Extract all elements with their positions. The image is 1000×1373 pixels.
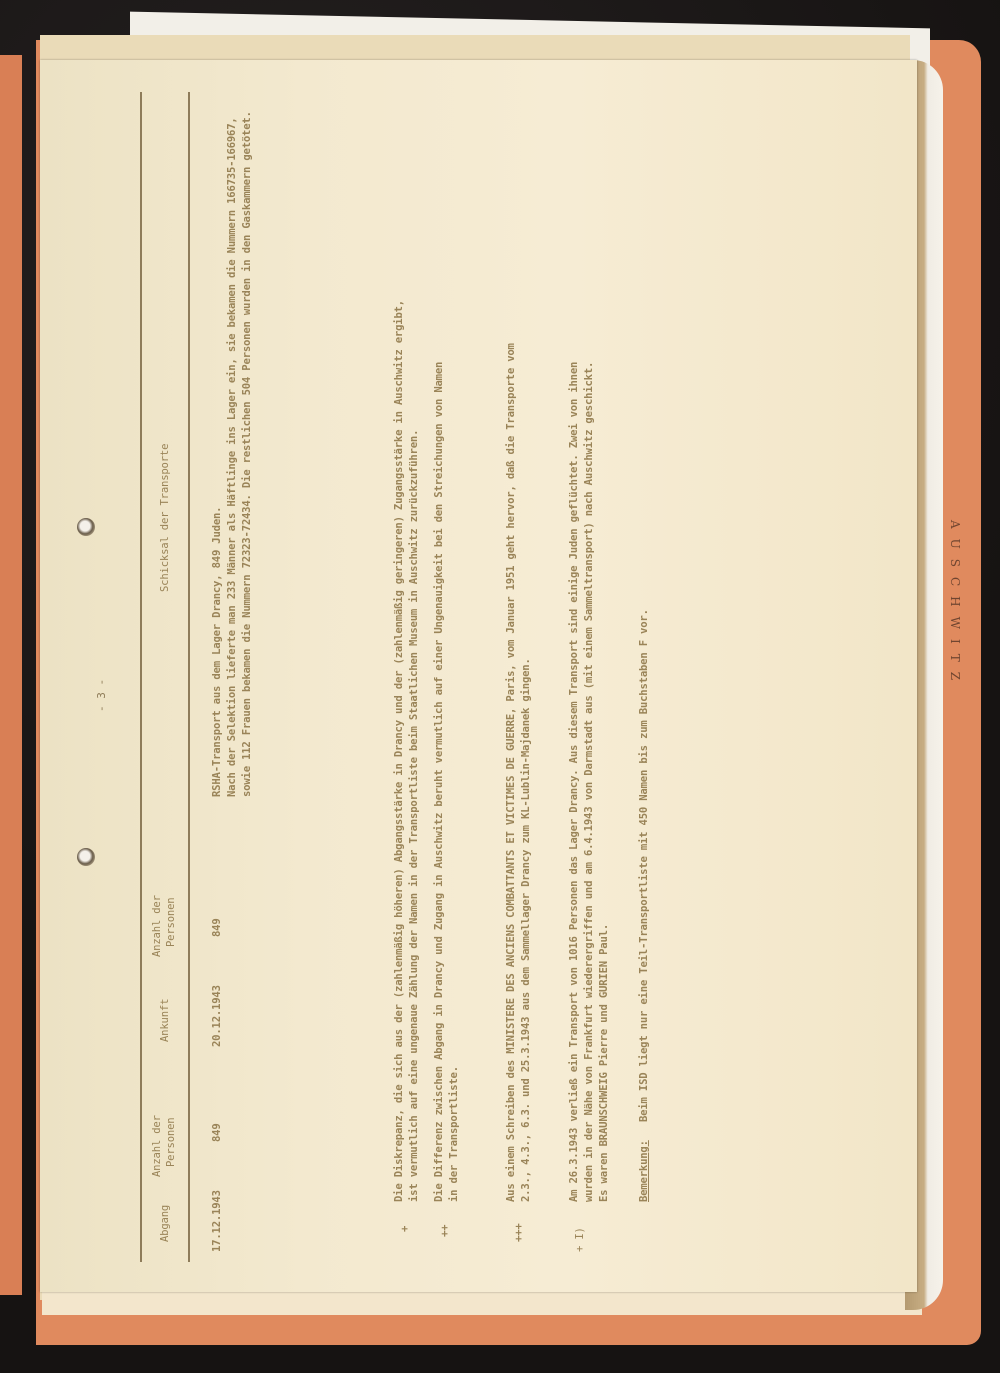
header-schicksal: Schicksal der Transporte bbox=[158, 444, 172, 592]
cell-ankunft: 20.12.1943 bbox=[210, 985, 224, 1047]
footnote-line: ist vermutlich auf eine ungenaue Zählung… bbox=[407, 430, 421, 1202]
cell-abgang: 17.12.1943 bbox=[210, 1190, 224, 1252]
footnote-marker: + I) bbox=[573, 1227, 587, 1252]
footnote-line: Aus einem Schreiben des MINISTERE DES AN… bbox=[504, 343, 518, 1202]
cell-schicksal-line: sowie 112 Frauen bekamen die Nummern 723… bbox=[240, 111, 254, 797]
footnote-marker: +++ bbox=[512, 1223, 526, 1242]
header-abgang: Abgang bbox=[158, 1205, 172, 1242]
footnote-line: 2.3., 4.3., 6.3. und 25.3.1943 aus dem S… bbox=[519, 658, 533, 1202]
table-top-rule bbox=[140, 92, 142, 1262]
footnote-line: Es waren BRAUNSCHWEIG Pierre und GURIEN … bbox=[597, 924, 611, 1202]
header-ankunft: Ankunft bbox=[158, 999, 172, 1042]
table-header-rule bbox=[188, 92, 190, 1262]
document-page: - 3 - Abgang Anzahl der Personen Ankunft… bbox=[40, 60, 917, 1292]
remark-text: Beim ISD liegt nur eine Teil-Transportli… bbox=[637, 609, 651, 1122]
footnote-line: Die Diskrepanz, die sich aus der (zahlen… bbox=[392, 300, 406, 1202]
header-anzahl-abgang-2: Personen bbox=[164, 1118, 178, 1167]
folder-tab-label: AUSCHWITZ bbox=[942, 520, 962, 720]
footnote-line: wurden in der Nähe von Frankfurt wiedere… bbox=[582, 362, 596, 1202]
footnote-line: Am 26.3.1943 verließ ein Transport von 1… bbox=[567, 362, 581, 1202]
remark-label: Bemerkung: bbox=[637, 1140, 651, 1202]
cell-anzahl-abgang: 849 bbox=[210, 1123, 224, 1142]
header-anzahl-abgang-1: Anzahl der bbox=[150, 1115, 164, 1177]
cell-schicksal-line: RSHA-Transport aus dem Lager Drancy, 849… bbox=[210, 507, 224, 797]
footnote-marker: + bbox=[398, 1226, 412, 1232]
footnote-line: in der Transportliste. bbox=[447, 1066, 461, 1202]
cell-schicksal-line: Nach der Selektion lieferte man 233 Männ… bbox=[225, 117, 239, 797]
rotated-content: - 3 - Abgang Anzahl der Personen Ankunft… bbox=[40, 60, 917, 1292]
header-anzahl-ankunft-2: Personen bbox=[164, 898, 178, 947]
page-number: - 3 - bbox=[95, 679, 108, 712]
folder-left-edge bbox=[0, 55, 22, 1295]
footnote-line: Die Differenz zwischen Abgang in Drancy … bbox=[432, 362, 446, 1202]
cell-anzahl-ankunft: 849 bbox=[210, 918, 224, 937]
header-anzahl-ankunft-1: Anzahl der bbox=[150, 895, 164, 957]
footnote-marker: ++ bbox=[438, 1225, 452, 1237]
